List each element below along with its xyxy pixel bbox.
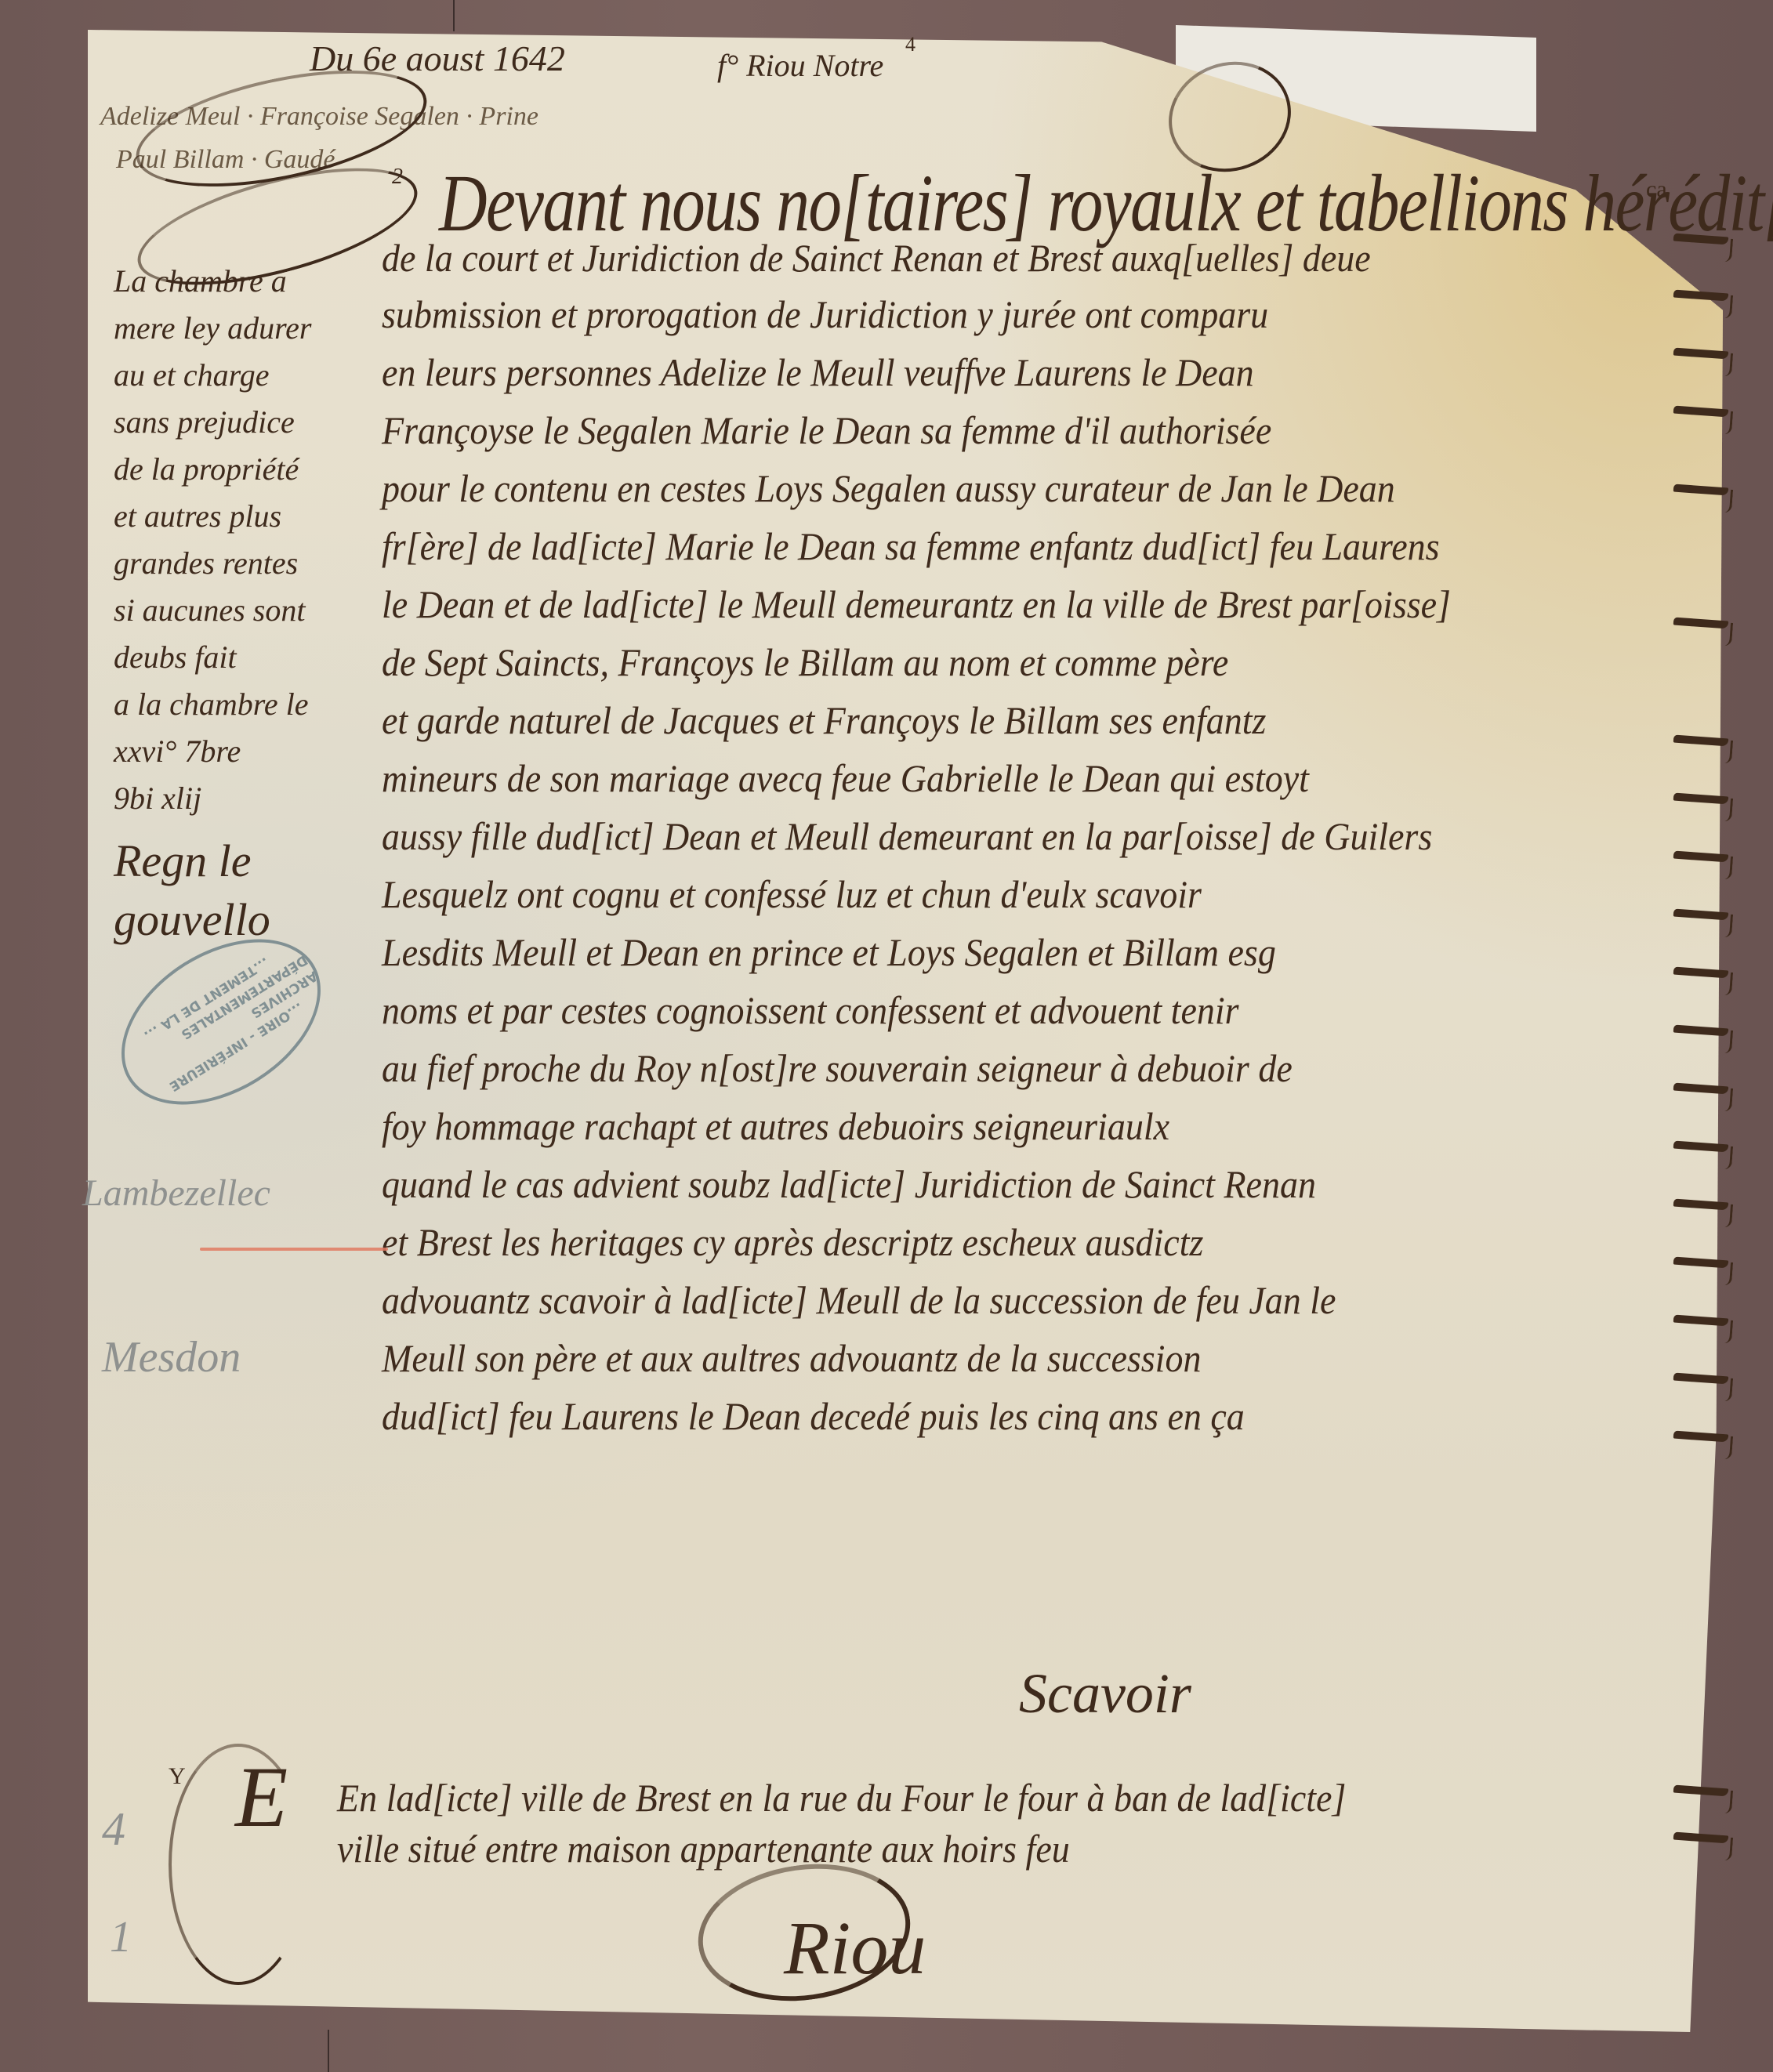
- margin-note-line: si aucunes sont: [114, 592, 305, 628]
- sub-heading-scavoir: Scavoir: [1019, 1661, 1191, 1726]
- margin-note-line: et autres plus: [114, 498, 281, 534]
- body-line: mineurs de son mariage avecq feue Gabrie…: [382, 755, 1309, 801]
- margin-note-line: au et charge: [114, 357, 269, 393]
- body-line: de Sept Saincts, Françoys le Billam au n…: [382, 639, 1228, 685]
- body-line: Meull son père et aux aultres advouantz …: [382, 1335, 1201, 1381]
- margin-note-line: xxvi° 7bre: [114, 733, 241, 770]
- header-reference: f° Riou Notre: [717, 47, 883, 84]
- body-line: Lesquelz ont cognu et confessé luz et ch…: [382, 871, 1202, 917]
- pencil-folio-number: 1: [110, 1912, 132, 1962]
- closing-line: En lad[icte] ville de Brest en la rue du…: [337, 1775, 1346, 1820]
- margin-note-line: grandes rentes: [114, 545, 298, 581]
- body-line: fr[ère] de lad[icte] Marie le Dean sa fe…: [382, 523, 1440, 569]
- margin-signature-name: gouvello: [114, 893, 270, 946]
- margin-signature-name: Regn le: [114, 835, 252, 887]
- body-line: dud[ict] feu Laurens le Dean decedé puis…: [382, 1393, 1245, 1439]
- title-superscript: ca: [1646, 176, 1667, 203]
- tick-mark: Y: [169, 1763, 186, 1790]
- pencil-folio-number: 4: [102, 1802, 125, 1856]
- margin-note-line: mere ley adurer: [114, 310, 312, 346]
- closing-line: ville situé entre maison appartenante au…: [337, 1826, 1070, 1871]
- margin-note-line: de la propriété: [114, 451, 299, 487]
- decorated-initial: E: [235, 1748, 288, 1847]
- body-line: Lesdits Meull et Dean en prince et Loys …: [382, 929, 1276, 975]
- margin-note-line: 9bi xlij: [114, 780, 201, 817]
- body-line: pour le contenu en cestes Loys Segalen a…: [382, 465, 1395, 511]
- body-line: noms et par cestes cognoissent confessen…: [382, 987, 1239, 1033]
- body-line: foy hommage rachapt et autres debuoirs s…: [382, 1103, 1169, 1149]
- body-line: advouantz scavoir à lad[icte] Meull de l…: [382, 1277, 1336, 1323]
- body-line: Françoyse le Segalen Marie le Dean sa fe…: [382, 408, 1271, 453]
- margin-note-line: deubs fait: [114, 639, 237, 676]
- margin-note-line: sans prejudice: [114, 404, 295, 440]
- margin-note-line: La chambre a: [114, 263, 287, 299]
- body-line: de la court et Juridiction de Sainct Ren…: [382, 235, 1371, 281]
- body-line: aussy fille dud[ict] Dean et Meull demeu…: [382, 813, 1432, 859]
- body-line: et garde naturel de Jacques et Françoys …: [382, 697, 1266, 743]
- wood-seam-top: [453, 0, 455, 31]
- body-line: submission et prorogation de Juridiction…: [382, 292, 1268, 337]
- red-pencil-underline: [200, 1248, 388, 1251]
- page-number: 4: [905, 33, 916, 56]
- body-line: au fief proche du Roy n[ost]re souverain…: [382, 1045, 1293, 1091]
- pencil-parish-name: Lambezellec: [82, 1172, 270, 1215]
- pencil-place-name: Mesdon: [102, 1332, 241, 1382]
- margin-note-line: a la chambre le: [114, 686, 308, 723]
- notary-signature: Riou: [784, 1904, 926, 1991]
- body-line: et Brest les heritages cy après descript…: [382, 1219, 1203, 1265]
- body-line: quand le cas advient soubz lad[icte] Jur…: [382, 1161, 1316, 1207]
- body-line: le Dean et de lad[icte] le Meull demeura…: [382, 581, 1451, 627]
- wood-seam-bottom: [328, 2030, 329, 2072]
- body-line: en leurs personnes Adelize le Meull veuf…: [382, 350, 1254, 395]
